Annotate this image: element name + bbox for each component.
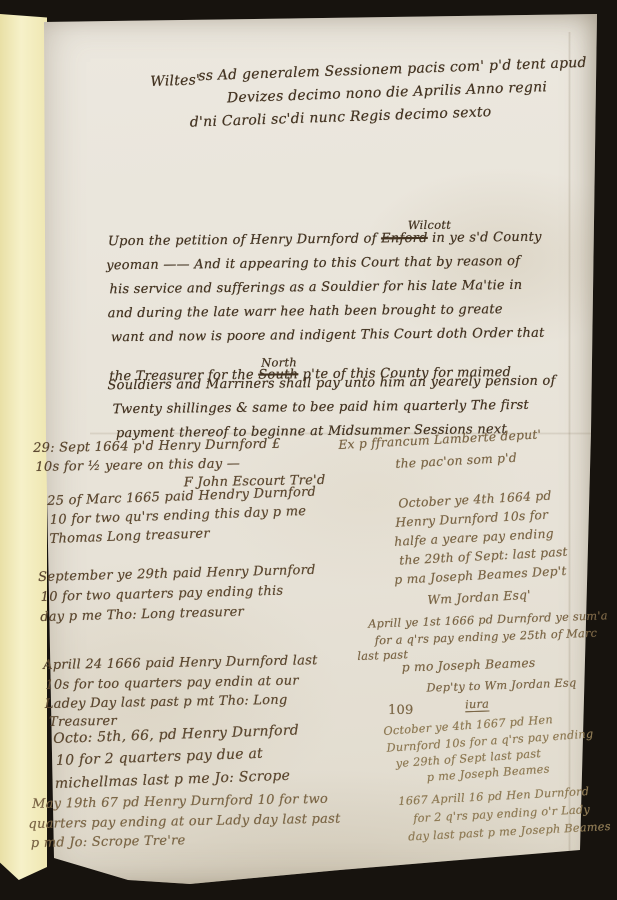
petition-body: Upon the petition of Henry Durnford of E… bbox=[106, 230, 540, 265]
inserted-word-north: North bbox=[261, 355, 297, 369]
petition-line: Upon the petition of Henry Durnford of E… bbox=[108, 230, 542, 250]
payment-line: p md Jo: Scrope Tre're bbox=[31, 833, 186, 851]
folio-number: 109 bbox=[388, 703, 414, 718]
manuscript-photo: { "palette": { "background": "#17130e", … bbox=[0, 0, 617, 900]
flourish-word: iura bbox=[465, 697, 489, 711]
county-margin-label: Wiltes' bbox=[150, 72, 200, 90]
payment-line: Treasurer bbox=[49, 714, 117, 730]
inserted-word-wilcott: Wilcott bbox=[408, 218, 451, 232]
struck-word-enford: Enford bbox=[381, 231, 428, 246]
